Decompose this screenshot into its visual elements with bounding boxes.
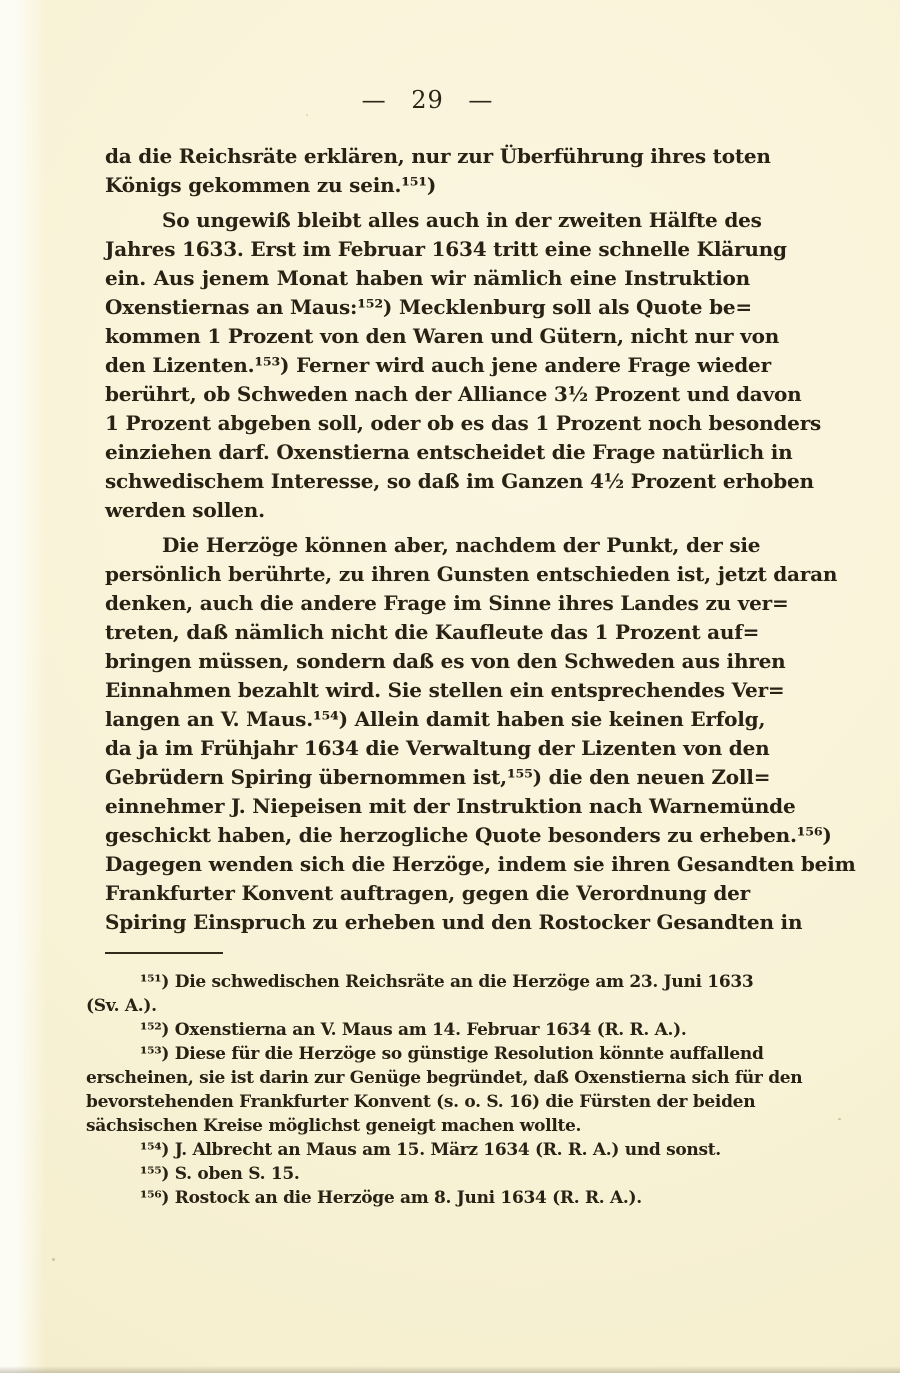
page-bottom-edge [0, 1366, 900, 1373]
scanned-book-page: — 29 — da die Reichsräte erklären, nur z… [0, 0, 900, 1373]
text-line: So ungewiß bleibt alles auch in der zwei… [105, 206, 750, 235]
text-line: Oxenstiernas an Maus:¹⁵²) Mecklenburg so… [105, 293, 750, 322]
text-line: treten, daß nämlich nicht die Kaufleute … [105, 618, 750, 647]
text-line: Gebrüdern Spiring übernommen ist,¹⁵⁵) di… [105, 763, 750, 792]
footnote-separator [105, 952, 223, 954]
text-line: Königs gekommen zu sein.¹⁵¹) [105, 171, 750, 200]
footnote-line: (Sv. A.). [86, 994, 748, 1018]
text-line: berührt, ob Schweden nach der Alliance 3… [105, 380, 750, 409]
footnote-line: erscheinen, sie ist darin zur Genüge beg… [86, 1066, 748, 1090]
footnote-line: ¹⁵⁶) Rostock an die Herzöge am 8. Juni 1… [86, 1186, 748, 1210]
text-line: Dagegen wenden sich die Herzöge, indem s… [105, 850, 750, 879]
text-line: langen an V. Maus.¹⁵⁴) Allein damit habe… [105, 705, 750, 734]
footnote-line: ¹⁵²) Oxenstierna an V. Maus am 14. Febru… [86, 1018, 748, 1042]
text-line: 1 Prozent abgeben soll, oder ob es das 1… [105, 409, 750, 438]
footnote-line: sächsischen Kreise möglichst geneigt mac… [86, 1114, 748, 1138]
paragraph-2: So ungewiß bleibt alles auch in der zwei… [105, 206, 750, 525]
paper-speck [52, 1258, 55, 1261]
text-line: schwedischem Interesse, so daß im Ganzen… [105, 467, 750, 496]
footnotes-section: ¹⁵¹) Die schwedischen Reichsräte an die … [86, 970, 748, 1210]
text-line: da die Reichsräte erklären, nur zur Über… [105, 142, 750, 171]
main-text: da die Reichsräte erklären, nur zur Über… [105, 142, 750, 937]
text-line: persönlich berührte, zu ihren Gunsten en… [105, 560, 750, 589]
footnote-line: bevorstehenden Frankfurter Konvent (s. o… [86, 1090, 748, 1114]
text-line: Frankfurter Konvent auftragen, gegen die… [105, 879, 750, 908]
footnote-line: ¹⁵⁵) S. oben S. 15. [86, 1162, 748, 1186]
text-line: einnehmer J. Niepeisen mit der Instrukti… [105, 792, 750, 821]
paper-speck [838, 1118, 841, 1120]
text-line: den Lizenten.¹⁵³) Ferner wird auch jene … [105, 351, 750, 380]
text-line: kommen 1 Prozent von den Waren und Güter… [105, 322, 750, 351]
text-line: denken, auch die andere Frage im Sinne i… [105, 589, 750, 618]
paper-speck [306, 114, 308, 116]
page-left-edge [0, 0, 46, 1373]
text-line: geschickt haben, die herzogliche Quote b… [105, 821, 750, 850]
paragraph-3: Die Herzöge können aber, nachdem der Pun… [105, 531, 750, 937]
text-line: einziehen darf. Oxenstierna entscheidet … [105, 438, 750, 467]
text-line: werden sollen. [105, 496, 750, 525]
text-line: bringen müssen, sondern daß es von den S… [105, 647, 750, 676]
text-line: Die Herzöge können aber, nachdem der Pun… [105, 531, 750, 560]
footnote-line: ¹⁵⁴) J. Albrecht an Maus am 15. März 163… [86, 1138, 748, 1162]
text-line: ein. Aus jenem Monat haben wir nämlich e… [105, 264, 750, 293]
paragraph-1: da die Reichsräte erklären, nur zur Über… [105, 142, 750, 200]
text-line: da ja im Frühjahr 1634 die Verwaltung de… [105, 734, 750, 763]
text-line: Jahres 1633. Erst im Februar 1634 tritt … [105, 235, 750, 264]
page-number: — 29 — [105, 86, 750, 114]
text-line: Spiring Einspruch zu erheben und den Ros… [105, 908, 750, 937]
footnote-line: ¹⁵³) Diese für die Herzöge so günstige R… [86, 1042, 748, 1066]
text-line: Einnahmen bezahlt wird. Sie stellen ein … [105, 676, 750, 705]
footnote-line: ¹⁵¹) Die schwedischen Reichsräte an die … [86, 970, 748, 994]
